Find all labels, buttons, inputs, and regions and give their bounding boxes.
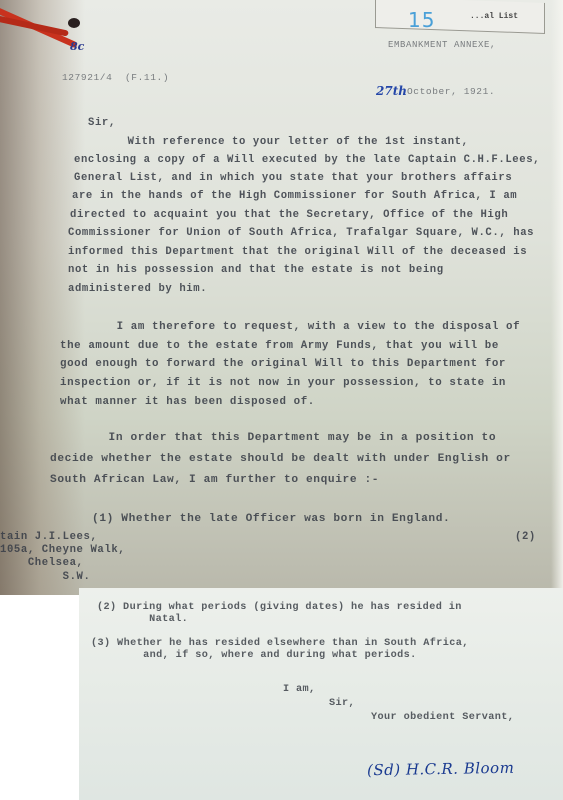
question-3-line-2: and, if so, where and during what period… <box>91 650 417 661</box>
body-line: decide whether the estate should be deal… <box>50 453 511 465</box>
body-line: In order that this Department may be in … <box>50 432 496 444</box>
question-2-line-2: Natal. <box>97 614 188 625</box>
continuation-marker: (2) <box>515 531 536 543</box>
body-line: good enough to forward the original Will… <box>60 358 506 370</box>
body-line: are in the hands of the High Commissione… <box>72 190 517 202</box>
body-line: the amount due to the estate from Army F… <box>60 340 499 352</box>
address-line: Chelsea, <box>0 557 84 569</box>
address-line: tain J.I.Lees, <box>0 531 97 543</box>
body-line: I am therefore to request, with a view t… <box>60 321 520 333</box>
body-line: inspection or, if it is not now in your … <box>60 377 506 389</box>
body-line: not in his possession and that the estat… <box>68 264 444 276</box>
body-line: General List, and in which you state tha… <box>74 172 512 184</box>
date-typed: October, 1921. <box>407 86 495 97</box>
treasury-tag-string <box>0 14 69 37</box>
body-line: South African Law, I am further to enqui… <box>50 474 379 486</box>
closing-sir: Sir, <box>329 698 355 709</box>
letter-page-bottom: (2) During what periods (giving dates) h… <box>79 588 563 800</box>
body-line: With reference to your letter of the 1st… <box>72 136 469 148</box>
salutation: Sir, <box>88 117 116 129</box>
body-line: informed this Department that the origin… <box>68 246 527 258</box>
closing-obedient-servant: Your obedient Servant, <box>371 712 514 723</box>
body-line: enclosing a copy of a Will executed by t… <box>74 154 540 166</box>
letter-page-top: 15 ...al List 8c EMBANKMENT ANNEXE, 1279… <box>0 0 563 595</box>
date-day-handwritten: 27th <box>376 84 407 98</box>
closing-i-am: I am, <box>283 684 316 695</box>
marginal-mark: 8c <box>70 40 84 53</box>
treasury-tag-knot <box>68 18 80 28</box>
file-tab-text: ...al List <box>470 12 518 21</box>
body-line: Commissioner for Union of South Africa, … <box>68 227 534 239</box>
blue-folio-stamp: 15 <box>408 8 435 32</box>
body-line: administered by him. <box>68 283 207 295</box>
body-line: what manner it has been disposed of. <box>60 396 315 408</box>
address-header: EMBANKMENT ANNEXE, <box>388 40 496 50</box>
body-line: directed to acquaint you that the Secret… <box>70 209 508 221</box>
question-2-line-1: (2) During what periods (giving dates) h… <box>97 602 462 613</box>
question-1: (1) Whether the late Officer was born in… <box>92 513 450 525</box>
address-line: 105a, Cheyne Walk, <box>0 544 125 556</box>
file-tab <box>375 0 545 34</box>
question-3-line-1: (3) Whether he has resided elsewhere tha… <box>91 638 469 649</box>
reference-number: 127921/4 (F.11.) <box>62 72 169 83</box>
address-line: S.W. <box>0 571 90 583</box>
signature: (Sd) H.C.R. Bloom <box>367 759 515 780</box>
